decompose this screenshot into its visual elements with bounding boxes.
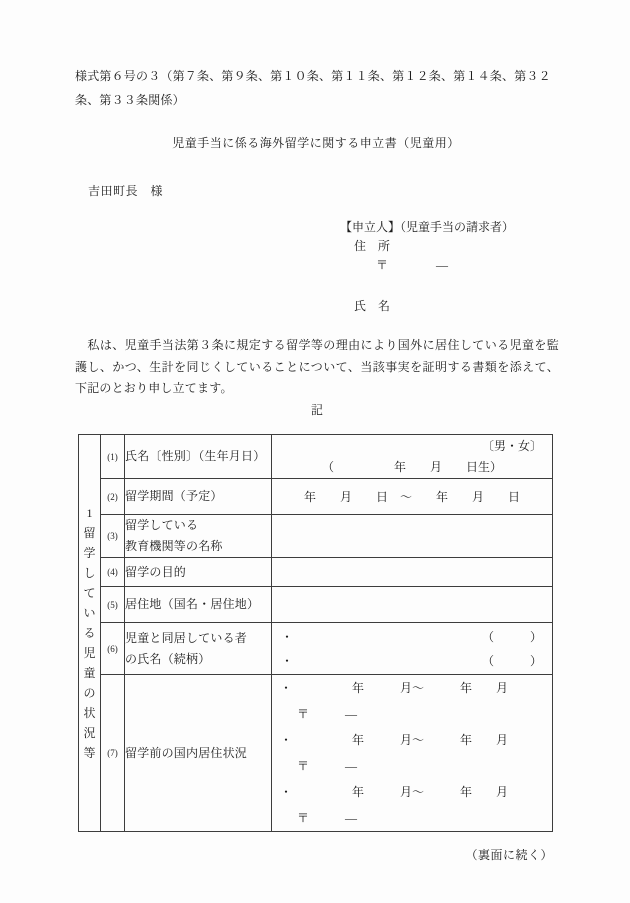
table-row: (2) 留学期間（予定） 年 月 日 ～ 年 月 日 [79, 479, 553, 515]
document-title: 児童手当に係る海外留学に関する申立書（児童用） [75, 134, 557, 151]
field-institution-blank [272, 515, 553, 558]
label-line2: の氏名（続柄） [125, 649, 271, 670]
side-label-vertical: 1留学している児童の状況等 [83, 503, 96, 763]
label-line1: 留学している [125, 515, 271, 536]
field-residence-blank [272, 587, 553, 623]
period-line: ・ 年 月～ 年 月 [272, 779, 552, 805]
postal-line: 〒 — [272, 805, 552, 831]
table-row: (3) 留学している 教育機関等の名称 [79, 515, 553, 558]
row-label-cohabitant: 児童と同居している者 の氏名（続柄） [125, 623, 272, 675]
statement-paragraph: 私は、児童手当法第３条に規定する留学等の理由により国外に居住している児童を監護し… [75, 335, 559, 400]
ki-heading: 記 [75, 400, 559, 422]
applicant-heading: 【申立人】（児童手当の請求者） [340, 218, 557, 237]
postal-line: 〒 — [272, 701, 552, 727]
row-label-study-period: 留学期間（予定） [125, 479, 272, 515]
relation-paren: （ ） [482, 649, 542, 673]
table-row: (7) 留学前の国内居住状況 ・ 年 月～ 年 月 〒 — ・ 年 月～ 年 月… [79, 675, 553, 832]
bullet: ・ [281, 625, 293, 649]
field-purpose-blank [272, 558, 553, 587]
row-number-3: (3) [101, 515, 125, 558]
residence-history-entry: ・ 年 月～ 年 月 〒 — [272, 727, 552, 779]
residence-history-entry: ・ 年 月～ 年 月 〒 — [272, 675, 552, 727]
side-label-cell: 1留学している児童の状況等 [79, 435, 101, 832]
relation-paren: （ ） [482, 625, 542, 649]
field-study-period: 年 月 日 ～ 年 月 日 [272, 479, 553, 515]
row-label-name-sex-birth: 氏名〔性別〕（生年月日） [125, 435, 272, 479]
row-number-7: (7) [101, 675, 125, 832]
address-label: 住 所 [340, 237, 557, 256]
bullet: ・ [281, 649, 293, 673]
document-page: 様式第６号の３（第７条、第９条、第１０条、第１１条、第１２条、第１４条、第３２条… [0, 0, 630, 903]
table-row: (5) 居住地（国名・居住地） [79, 587, 553, 623]
row-label-domestic-residence: 留学前の国内居住状況 [125, 675, 272, 832]
postal-code-line: 〒 — [340, 256, 557, 275]
row-number-1: (1) [101, 435, 125, 479]
field-name-sex-birth: 〔男・女〕 （ 年 月 日生） [272, 435, 553, 479]
row-number-6: (6) [101, 623, 125, 675]
field-cohabitant: ・ （ ） ・ （ ） [272, 623, 553, 675]
sex-options: 〔男・女〕 [272, 436, 552, 457]
table-row: (4) 留学の目的 [79, 558, 553, 587]
applicant-block: 【申立人】（児童手当の請求者） 住 所 〒 — 氏 名 [340, 218, 557, 316]
row-number-2: (2) [101, 479, 125, 515]
postal-line: 〒 — [272, 753, 552, 779]
row-label-purpose: 留学の目的 [125, 558, 272, 587]
cohabitant-entry-line: ・ （ ） [272, 649, 552, 673]
table-row: (6) 児童と同居している者 の氏名（続柄） ・ （ ） ・ （ ） [79, 623, 553, 675]
row-number-5: (5) [101, 587, 125, 623]
period-line: ・ 年 月～ 年 月 [272, 675, 552, 701]
period-line: ・ 年 月～ 年 月 [272, 727, 552, 753]
study-abroad-status-table: 1留学している児童の状況等 (1) 氏名〔性別〕（生年月日） 〔男・女〕 （ 年… [78, 434, 553, 832]
birthdate-blank: （ 年 月 日生） [272, 457, 552, 478]
row-label-institution: 留学している 教育機関等の名称 [125, 515, 272, 558]
continue-on-back-note: （裏面に続く） [75, 846, 553, 863]
name-label: 氏 名 [340, 297, 557, 316]
field-domestic-residence: ・ 年 月～ 年 月 〒 — ・ 年 月～ 年 月 〒 — ・ 年 月～ 年 月… [272, 675, 553, 832]
row-label-residence: 居住地（国名・居住地） [125, 587, 272, 623]
table-row: 1留学している児童の状況等 (1) 氏名〔性別〕（生年月日） 〔男・女〕 （ 年… [79, 435, 553, 479]
form-number: 様式第６号の３（第７条、第９条、第１０条、第１１条、第１２条、第１４条、第３２条… [75, 64, 575, 112]
label-line2: 教育機関等の名称 [125, 536, 271, 557]
row-number-4: (4) [101, 558, 125, 587]
label-line1: 児童と同居している者 [125, 628, 271, 649]
cohabitant-entry-line: ・ （ ） [272, 625, 552, 649]
addressee-line: 吉田町長 様 [75, 182, 557, 199]
residence-history-entry: ・ 年 月～ 年 月 〒 — [272, 779, 552, 831]
